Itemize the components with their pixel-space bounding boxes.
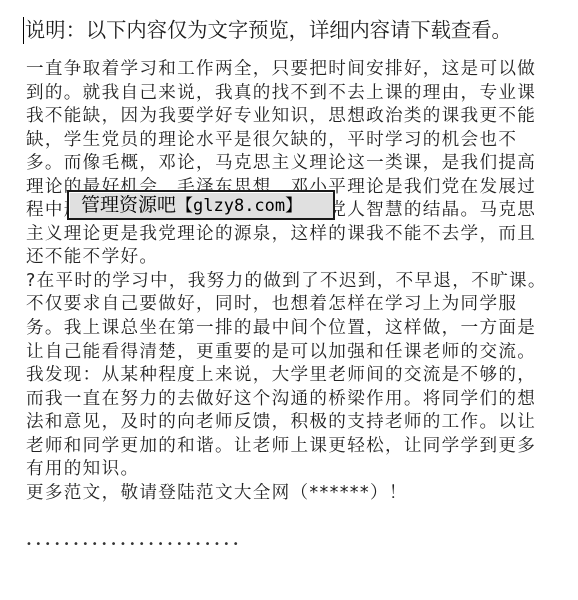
more-articles-line: 更多范文，敬请登陆范文大全网（******）！	[26, 482, 546, 506]
dotted-separator: •••••••••••••••••••••••	[26, 540, 242, 550]
watermark-label: 管理资源吧	[81, 194, 176, 216]
preview-notice-heading: 说明：以下内容仅为文字预览，详细内容请下载查看。	[25, 14, 512, 46]
paragraph-line: ?在平时的学习中，我努力的做到了不迟到，不早退，不旷课。	[26, 270, 546, 294]
watermark-url: 【glzy8.com】	[176, 196, 302, 216]
paragraph-line: 有用的知识。	[26, 458, 546, 482]
paragraph-line: 到的。就我自己来说，我真的找不到不去上课的理由，专业课	[26, 82, 546, 106]
paragraph-line: 让自己能看得清楚，更重要的是可以加强和任课老师的交流。	[26, 341, 546, 365]
paragraph-line: 缺，学生党员的理论水平是很欠缺的，平时学习的机会也不	[26, 129, 546, 153]
document-body: 一直争取着学习和工作两全，只要把时间安排好，这是可以做 到的。就我自己来说，我真…	[26, 58, 546, 505]
paragraph-line: 法和意见，及时的向老师反馈，积极的支持老师的工作。以让	[26, 411, 546, 435]
paragraph-line: 我发现：从某种程度上来说，大学里老师间的交流是不够的，	[26, 364, 546, 388]
paragraph-line: 务。我上课总坐在第一排的最中间个位置，这样做，一方面是	[26, 317, 546, 341]
text-cursor	[23, 17, 24, 44]
paragraph-line: 多。而像毛概，邓论，马克思主义理论这一类课，是我们提高	[26, 152, 546, 176]
paragraph-line: 我不能缺，因为我要学好专业知识，思想政治类的课我更不能	[26, 105, 546, 129]
paragraph-line: 老师和同学更加的和谐。让老师上课更轻松，让同学学到更多	[26, 435, 546, 459]
paragraph-line: 而我一直在努力的去做好这个沟通的桥梁作用。将同学们的想	[26, 388, 546, 412]
paragraph-line: 一直争取着学习和工作两全，只要把时间安排好，这是可以做	[26, 58, 546, 82]
paragraph-line: 不仅要求自己要做好，同时，也想着怎样在学习上为同学服	[26, 293, 546, 317]
paragraph-line: 还不能不学好。	[26, 246, 546, 270]
watermark-badge: 管理资源吧【glzy8.com】	[67, 190, 335, 220]
paragraph-line: 主义理论更是我党理论的源泉，这样的课我不能不去学，而且	[26, 223, 546, 247]
